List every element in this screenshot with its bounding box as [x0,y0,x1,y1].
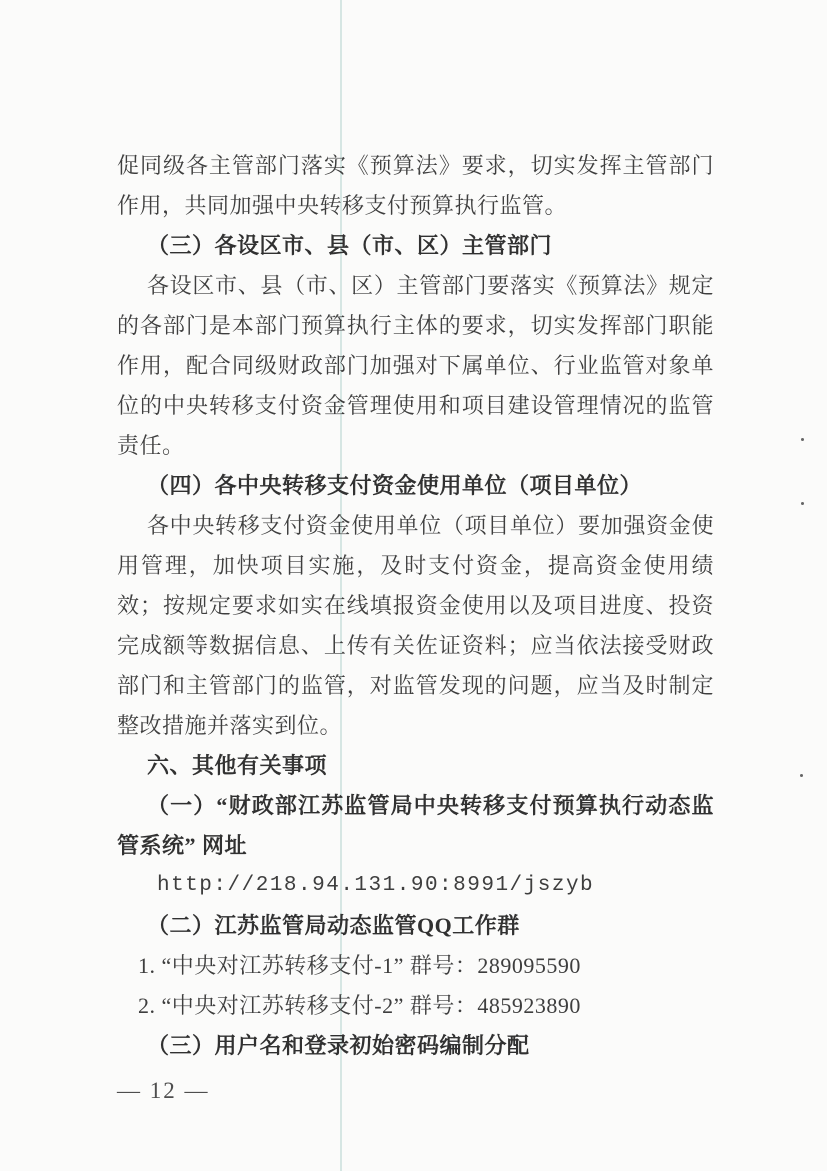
qq-group-item-2: 2. “中央对江苏转移支付-2” 群号：485923890 [117,986,714,1026]
document-body: 促同级各主管部门落实《预算法》要求，切实发挥主管部门作用，共同加强中央转移支付预… [117,146,714,1066]
paragraph-section-3: 各设区市、县（市、区）主管部门要落实《预算法》规定的各部门是本部门预算执行主体的… [117,266,714,466]
scanned-document-page: 促同级各主管部门落实《预算法》要求，切实发挥主管部门作用，共同加强中央转移支付预… [0,0,827,1171]
item-heading-2-qq-groups: （二）江苏监管局动态监管QQ工作群 [117,906,714,946]
scan-speck [800,774,803,777]
section-heading-4: （四）各中央转移支付资金使用单位（项目单位） [117,466,714,506]
item-heading-3-credentials: （三）用户名和登录初始密码编制分配 [117,1026,714,1066]
chapter-heading-6: 六、其他有关事项 [117,746,714,786]
scan-speck [801,438,804,441]
section-heading-3: （三）各设区市、县（市、区）主管部门 [117,226,714,266]
system-url: http://218.94.131.90:8991/jszyb [117,866,714,906]
page-number: — 12 — [117,1078,210,1104]
paragraph-section-4: 各中央转移支付资金使用单位（项目单位）要加强资金使用管理，加快项目实施，及时支付… [117,506,714,746]
scan-speck [801,502,804,505]
qq-group-item-1: 1. “中央对江苏转移支付-1” 群号：289095590 [117,946,714,986]
item-heading-1-system-url: （一）“财政部江苏监管局中央转移支付预算执行动态监管系统” 网址 [117,786,714,866]
paragraph-continued: 促同级各主管部门落实《预算法》要求，切实发挥主管部门作用，共同加强中央转移支付预… [117,146,714,226]
